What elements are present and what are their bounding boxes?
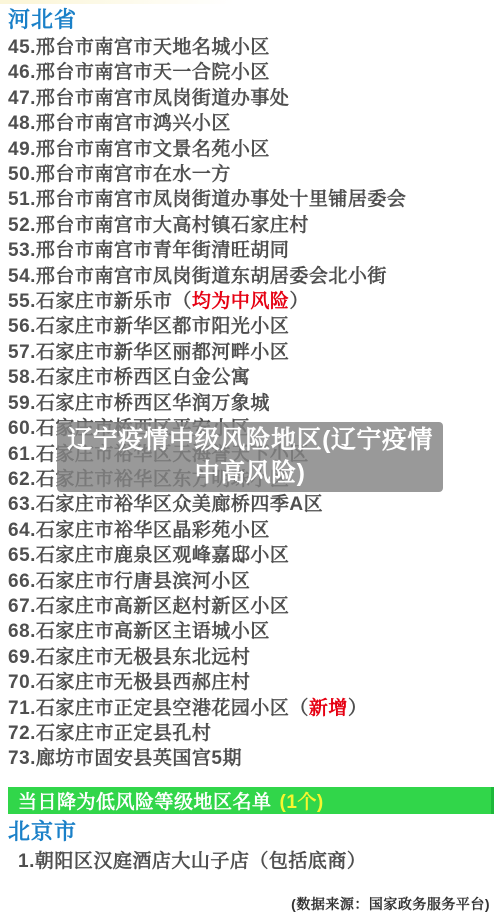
list-item: 46.邢台市南宫市天一合院小区 — [8, 60, 496, 85]
list-item: 45.邢台市南宫市天地名城小区 — [8, 35, 496, 60]
beijing-low-risk-list: 1.朝阳区汉庭酒店大山子店（包括底商） — [18, 849, 500, 874]
list-item: 55.石家庄市新乐市（均为中风险） — [8, 289, 496, 314]
list-item: 68.石家庄市高新区主语城小区 — [8, 619, 496, 644]
province-title-beijing: 北京市 — [8, 819, 77, 845]
list-item: 1.朝阳区汉庭酒店大山子店（包括底商） — [18, 849, 500, 874]
list-item: 70.石家庄市无极县西郝庄村 — [8, 670, 496, 695]
risk-status-label: 新增 — [309, 698, 348, 719]
list-item: 64.石家庄市裕华区晶彩苑小区 — [8, 518, 496, 543]
list-item: 67.石家庄市高新区赵村新区小区 — [8, 594, 496, 619]
top-edge-strip — [0, 0, 260, 4]
risk-area-list-page: 河北省 45.邢台市南宫市天地名城小区46.邢台市南宫市天一合院小区47.邢台市… — [0, 0, 500, 915]
list-item: 59.石家庄市桥西区华润万象城 — [8, 391, 496, 416]
list-item: 63.石家庄市裕华区众美廊桥四季A区 — [8, 492, 496, 517]
list-item: 52.邢台市南宫市大高村镇石家庄村 — [8, 213, 496, 238]
list-item: 66.石家庄市行唐县滨河小区 — [8, 569, 496, 594]
list-item: 65.石家庄市鹿泉区观峰嘉邸小区 — [8, 543, 496, 568]
hebei-risk-area-list: 45.邢台市南宫市天地名城小区46.邢台市南宫市天一合院小区47.邢台市南宫市凤… — [8, 35, 496, 772]
list-item: 56.石家庄市新华区都市阳光小区 — [8, 314, 496, 339]
list-item: 58.石家庄市桥西区白金公寓 — [8, 365, 496, 390]
list-item: 54.邢台市南宫市凤岗街道东胡居委会北小街 — [8, 264, 496, 289]
list-item: 51.邢台市南宫市凤岗街道办事处十里铺居委会 — [8, 187, 496, 212]
list-item: 47.邢台市南宫市凤岗街道办事处 — [8, 86, 496, 111]
data-source-note: (数据来源：国家政务服务平台) — [291, 894, 490, 914]
list-item: 49.邢台市南宫市文景名苑小区 — [8, 137, 496, 162]
risk-status-label: 均为中风险 — [192, 291, 290, 312]
list-item: 57.石家庄市新华区丽都河畔小区 — [8, 340, 496, 365]
low-risk-count-badge: (1个) — [280, 787, 324, 814]
list-item: 48.邢台市南宫市鸿兴小区 — [8, 111, 496, 136]
low-risk-section-header: 当日降为低风险等级地区名单 (1个) — [8, 787, 494, 814]
list-item: 50.邢台市南宫市在水一方 — [8, 162, 496, 187]
list-item: 73.廊坊市固安县英国宫5期 — [8, 746, 496, 771]
watermark-overlay: 辽宁疫情中级风险地区(辽宁疫情中高风险) — [57, 422, 443, 492]
list-item: 69.石家庄市无极县东北远村 — [8, 645, 496, 670]
province-title-hebei: 河北省 — [8, 7, 77, 33]
list-item: 72.石家庄市正定县孔村 — [8, 721, 496, 746]
list-item: 71.石家庄市正定县空港花园小区（新增） — [8, 696, 496, 721]
list-item: 53.邢台市南宫市青年街清旺胡同 — [8, 238, 496, 263]
low-risk-header-title: 当日降为低风险等级地区名单 — [18, 787, 272, 814]
